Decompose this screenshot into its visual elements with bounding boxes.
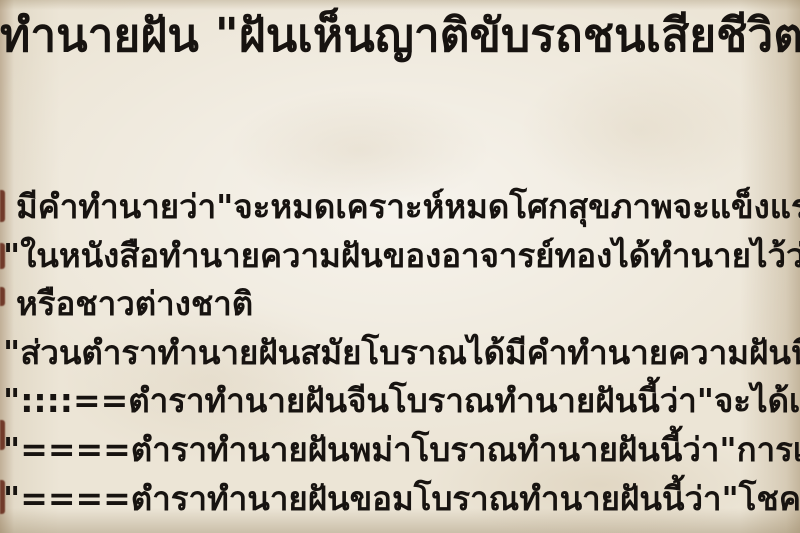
body-line: "====ตำราทำนายฝันพม่าโบราณทำนายฝันนี้ว่า… (0, 426, 800, 475)
body-text: มีคำทำนายว่า"จะหมดเคราะห์หมดโศกสุขภาพจะแ… (0, 183, 800, 523)
body-line: มีคำทำนายว่า"จะหมดเคราะห์หมดโศกสุขภาพจะแ… (0, 183, 800, 232)
body-line: "ในหนังสือทำนายความฝันของอาจารย์ทองได้ทำ… (0, 232, 800, 281)
body-line: "ส่วนตำราทำนายฝันสมัยโบราณได้มีคำทำนายคว… (0, 329, 800, 378)
page-title: ทำนายฝัน "ฝันเห็นญาติขับรถชนเสียชีวิต" (0, 4, 800, 66)
body-line: หรือชาวต่างชาติ (0, 280, 800, 329)
body-line: "::::==ตำราทำนายฝันจีนโบราณทำนายฝันนี้ว่… (0, 377, 800, 426)
paper-texture-blotch (520, 60, 760, 200)
paper-background: ทำนายฝัน "ฝันเห็นญาติขับรถชนเสียชีวิต" ม… (0, 0, 800, 533)
body-line: "====ตำราทำนายฝันขอมโบราณทำนายฝันนี้ว่า"… (0, 475, 800, 524)
